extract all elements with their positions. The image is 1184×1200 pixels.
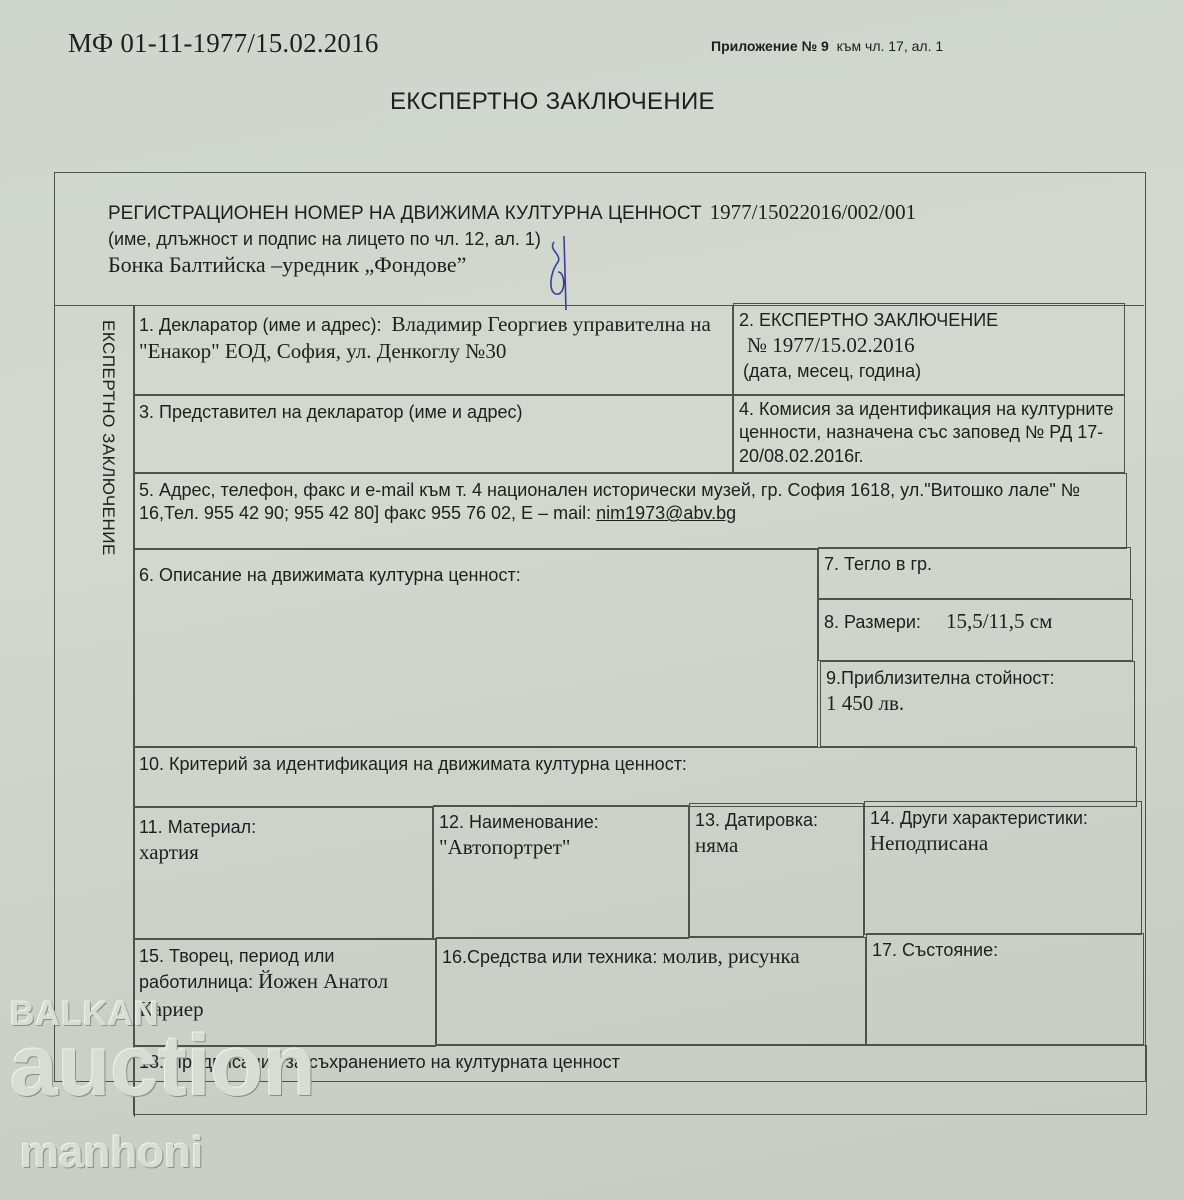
field-label: 12. Наименование: — [439, 811, 683, 834]
field-value: хартия — [139, 839, 427, 866]
field-4-commission: 4. Комисия за идентификация на културнит… — [733, 395, 1125, 473]
page-title: ЕКСПЕРТНО ЗАКЛЮЧЕНИЕ — [390, 88, 715, 116]
field-10-criterion: 10. Критерий за идентификация на движима… — [133, 747, 1137, 807]
watermark-logo: BALKAN auction — [10, 995, 316, 1105]
field-label: 17. Състояние: — [872, 940, 998, 960]
field-value: "Автопортрет" — [439, 834, 683, 861]
field-note: (дата, месец, година) — [739, 360, 1119, 383]
annex-number: Приложение № 9 — [711, 38, 829, 54]
registration-line: РЕГИСТРАЦИОНЕН НОМЕР НА ДВИЖИМА КУЛТУРНА… — [108, 200, 1088, 225]
field-11-material: 11. Материал: хартия — [133, 807, 433, 939]
field-label: 2. ЕКСПЕРТНО ЗАКЛЮЧЕНИЕ — [739, 309, 1119, 332]
field-17-condition: 17. Състояние: — [866, 933, 1144, 1045]
field-label: 9.Приблизителна стойност: — [826, 667, 1129, 690]
field-label: 4. Комисия за идентификация на културнит… — [739, 399, 1114, 466]
field-8-dimensions: 8. Размери: 15,5/11,5 см — [818, 599, 1133, 661]
field-value: 1 450 лв. — [826, 690, 1129, 717]
registration-number: 1977/15022016/002/001 — [710, 200, 917, 224]
field-5-contacts: 5. Адрес, телефон, факс и e-mail към т. … — [133, 473, 1127, 549]
field-value: няма — [695, 832, 858, 859]
annex-reference: Приложение № 9 към чл. 17, ал. 1 — [711, 38, 943, 54]
handwritten-signature — [540, 232, 580, 312]
field-6-description: 6. Описание на движимата културна ценнос… — [133, 549, 818, 747]
field-14-other-characteristics: 14. Други характеристики: Неподписана — [864, 801, 1142, 935]
field-value: молив, рисунка — [662, 944, 799, 968]
field-label: 7. Тегло в гр. — [824, 554, 932, 574]
field-label: 8. Размери: — [824, 612, 921, 632]
field-label: 14. Други характеристики: — [870, 807, 1136, 830]
side-label: ЕКСПЕРТНО ЗАКЛЮЧЕНИЕ — [70, 320, 118, 620]
email-link[interactable]: nim1973@abv.bg — [596, 503, 736, 523]
watermark-seller: manhoni — [20, 1128, 203, 1178]
field-label: 1. Декларатор (име и адрес): — [139, 315, 382, 335]
field-value: 15,5/11,5 см — [946, 609, 1052, 633]
document-code: МФ 01-11-1977/15.02.2016 — [68, 28, 379, 59]
field-value: Неподписана — [870, 830, 1136, 857]
field-label: 3. Представител на декларатор (име и адр… — [139, 402, 522, 422]
watermark-text: auction — [10, 1028, 316, 1105]
field-3-representative: 3. Представител на декларатор (име и адр… — [133, 395, 733, 473]
field-value: № 1977/15.02.2016 — [739, 332, 1119, 359]
person-note: (име, длъжност и подпис на лицето по чл.… — [108, 229, 1088, 250]
registration-header: РЕГИСТРАЦИОНЕН НОМЕР НА ДВИЖИМА КУЛТУРНА… — [108, 200, 1088, 278]
field-label: 10. Критерий за идентификация на движима… — [139, 754, 687, 774]
field-9-approx-value: 9.Приблизителна стойност: 1 450 лв. — [820, 661, 1135, 747]
field-7-weight: 7. Тегло в гр. — [818, 547, 1131, 599]
field-13-dating: 13. Датировка: няма — [689, 803, 864, 937]
person-name: Бонка Балтийска –уредник „Фондове” — [108, 252, 1088, 278]
field-2-expert-conclusion: 2. ЕКСПЕРТНО ЗАКЛЮЧЕНИЕ № 1977/15.02.201… — [733, 303, 1125, 395]
field-label: 13. Датировка: — [695, 809, 858, 832]
registration-label: РЕГИСТРАЦИОНЕН НОМЕР НА ДВИЖИМА КУЛТУРНА… — [108, 203, 702, 224]
field-label: 6. Описание на движимата културна ценнос… — [139, 565, 521, 585]
field-12-name: 12. Наименование: "Автопортрет" — [433, 805, 689, 939]
field-label: 11. Материал: — [139, 816, 427, 839]
annex-article: към чл. 17, ал. 1 — [837, 38, 944, 54]
field-1-declarant: 1. Декларатор (име и адрес): Владимир Ге… — [133, 305, 733, 395]
field-16-technique: 16.Средства или техника: молив, рисунка — [436, 937, 866, 1045]
field-label: 16.Средства или техника: — [442, 947, 657, 967]
